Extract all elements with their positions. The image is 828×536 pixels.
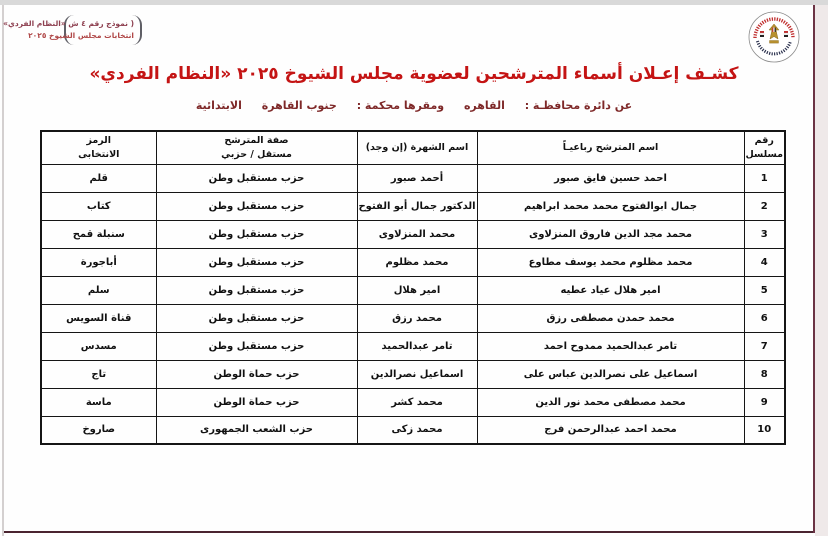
cell-ramz: أباجورة xyxy=(41,248,156,276)
cell-sefa: حزب الشعب الجمهورى xyxy=(156,416,357,444)
header-serial-line2: مسلسل xyxy=(745,148,785,162)
table-row: 10محمد احمد عبدالرحمن فرجمحمد زكىحزب الش… xyxy=(41,416,785,444)
cell-serial: 5 xyxy=(744,276,785,304)
cell-name: محمد مظلوم محمد يوسف مطاوع xyxy=(477,248,744,276)
cell-ramz: صاروخ xyxy=(41,416,156,444)
cell-name: امير هلال عياد عطيه xyxy=(477,276,744,304)
table-header-row: رقم مسلسل اسم المترشح رباعيـاً اسم الشهر… xyxy=(41,131,785,164)
scan-edge-right xyxy=(813,5,815,533)
scan-edge-bottom xyxy=(4,531,813,533)
header-candidate-name: اسم المترشح رباعيـاً xyxy=(477,131,744,164)
cell-name: محمد مصطفى محمد نور الدين xyxy=(477,388,744,416)
table-row: 8اسماعيل على نصرالدين عباس علىاسماعيل نص… xyxy=(41,360,785,388)
table-row: 4محمد مظلوم محمد يوسف مطاوعمحمد مظلومحزب… xyxy=(41,248,785,276)
document-page: ( نموذج رقم ٤ ش «النظام الفردي» ) انتخاب… xyxy=(0,0,828,536)
table-row: 6محمد حمدن مصطفى رزقمحمد رزقحزب مستقبل و… xyxy=(41,304,785,332)
cell-sefa: حزب مستقبل وطن xyxy=(156,276,357,304)
cell-shohra: الدكتور جمال أبو الفتوح xyxy=(357,192,477,220)
district-value: القاهره xyxy=(464,99,505,112)
header-famous-name: اسم الشهرة (إن وجد) xyxy=(357,131,477,164)
form-number-line2: انتخابات مجلس الشيوخ ٢٠٢٥ xyxy=(72,30,134,42)
cell-serial: 6 xyxy=(744,304,785,332)
scan-edge-left xyxy=(2,5,4,536)
cell-serial: 4 xyxy=(744,248,785,276)
cell-serial: 8 xyxy=(744,360,785,388)
cell-serial: 2 xyxy=(744,192,785,220)
candidates-table: رقم مسلسل اسم المترشح رباعيـاً اسم الشهر… xyxy=(40,130,786,445)
table-body: 1احمد حسين فايق صبورأحمد صبورحزب مستقبل … xyxy=(41,164,785,444)
cell-shohra: محمد رزق xyxy=(357,304,477,332)
cell-name: محمد احمد عبدالرحمن فرج xyxy=(477,416,744,444)
court-label: ومقرها محكمة : xyxy=(357,99,444,112)
cell-sefa: حزب مستقبل وطن xyxy=(156,304,357,332)
cell-shohra: امير هلال xyxy=(357,276,477,304)
header-electoral-symbol: الرمز الانتخابى xyxy=(41,131,156,164)
cell-sefa: حزب حماة الوطن xyxy=(156,360,357,388)
cell-name: محمد مجد الدين فاروق المنزلاوى xyxy=(477,220,744,248)
district-label: عن دائرة محافظـة : xyxy=(525,99,632,112)
cell-name: جمال ابوالفتوح محمد محمد ابراهيم xyxy=(477,192,744,220)
cell-serial: 9 xyxy=(744,388,785,416)
header-symbol-line1: الرمز xyxy=(42,134,156,148)
cell-sefa: حزب مستقبل وطن xyxy=(156,220,357,248)
table-row: 7تامر عبدالحميد ممدوح احمدتامر عبدالحميد… xyxy=(41,332,785,360)
cell-shohra: أحمد صبور xyxy=(357,164,477,192)
cell-serial: 1 xyxy=(744,164,785,192)
header-serial-line1: رقم xyxy=(745,134,785,148)
cell-sefa: حزب مستقبل وطن xyxy=(156,248,357,276)
cell-shohra: محمد مظلوم xyxy=(357,248,477,276)
header-symbol-line2: الانتخابى xyxy=(42,148,156,162)
cell-serial: 3 xyxy=(744,220,785,248)
header-capacity: صفة المترشح مستقل / حزبي xyxy=(156,131,357,164)
cell-ramz: قناة السويس xyxy=(41,304,156,332)
cell-ramz: قلم xyxy=(41,164,156,192)
cell-sefa: حزب مستقبل وطن xyxy=(156,332,357,360)
cell-ramz: ماسة xyxy=(41,388,156,416)
district-line: عن دائرة محافظـة : القاهره ومقرها محكمة … xyxy=(0,99,828,112)
header-capacity-line2: مستقل / حزبي xyxy=(157,148,357,162)
national-elections-authority-logo-icon xyxy=(748,11,800,63)
cell-serial: 10 xyxy=(744,416,785,444)
cell-ramz: سلم xyxy=(41,276,156,304)
cell-name: محمد حمدن مصطفى رزق xyxy=(477,304,744,332)
table-row: 5امير هلال عياد عطيهامير هلالحزب مستقبل … xyxy=(41,276,785,304)
cell-ramz: سنبلة قمح xyxy=(41,220,156,248)
cell-name: اسماعيل على نصرالدين عباس على xyxy=(477,360,744,388)
cell-sefa: حزب مستقبل وطن xyxy=(156,164,357,192)
scan-edge-right-margin xyxy=(815,5,828,536)
cell-shohra: تامر عبدالحميد xyxy=(357,332,477,360)
cell-serial: 7 xyxy=(744,332,785,360)
table-row: 3محمد مجد الدين فاروق المنزلاوىمحمد المن… xyxy=(41,220,785,248)
cell-shohra: اسماعيل نصرالدين xyxy=(357,360,477,388)
form-number-line1: ( نموذج رقم ٤ ش «النظام الفردي» ) xyxy=(72,18,134,30)
table-row: 9محمد مصطفى محمد نور الدينمحمد كشرحزب حم… xyxy=(41,388,785,416)
header-famous-line1: اسم الشهرة (إن وجد) xyxy=(358,141,477,155)
cell-sefa: حزب حماة الوطن xyxy=(156,388,357,416)
table-row: 2جمال ابوالفتوح محمد محمد ابراهيمالدكتور… xyxy=(41,192,785,220)
cell-shohra: محمد كشر xyxy=(357,388,477,416)
cell-shohra: محمد المنزلاوى xyxy=(357,220,477,248)
cell-name: تامر عبدالحميد ممدوح احمد xyxy=(477,332,744,360)
table-row: 1احمد حسين فايق صبورأحمد صبورحزب مستقبل … xyxy=(41,164,785,192)
header-serial: رقم مسلسل xyxy=(744,131,785,164)
cell-name: احمد حسين فايق صبور xyxy=(477,164,744,192)
cell-ramz: كتاب xyxy=(41,192,156,220)
cell-sefa: حزب مستقبل وطن xyxy=(156,192,357,220)
court-value: جنوب القاهرة xyxy=(262,99,337,112)
cell-shohra: محمد زكى xyxy=(357,416,477,444)
cell-ramz: تاج xyxy=(41,360,156,388)
cell-ramz: مسدس xyxy=(41,332,156,360)
header-capacity-line1: صفة المترشح xyxy=(157,134,357,148)
scan-edge-top xyxy=(0,0,828,5)
form-number-label: ( نموذج رقم ٤ ش «النظام الفردي» ) انتخاب… xyxy=(64,15,142,45)
page-title: كشـف إعـلان أسماء المترشحين لعضوية مجلس … xyxy=(0,64,828,84)
court-suffix: الابتدائية xyxy=(196,99,242,112)
header-name-line1: اسم المترشح رباعيـاً xyxy=(478,141,744,155)
